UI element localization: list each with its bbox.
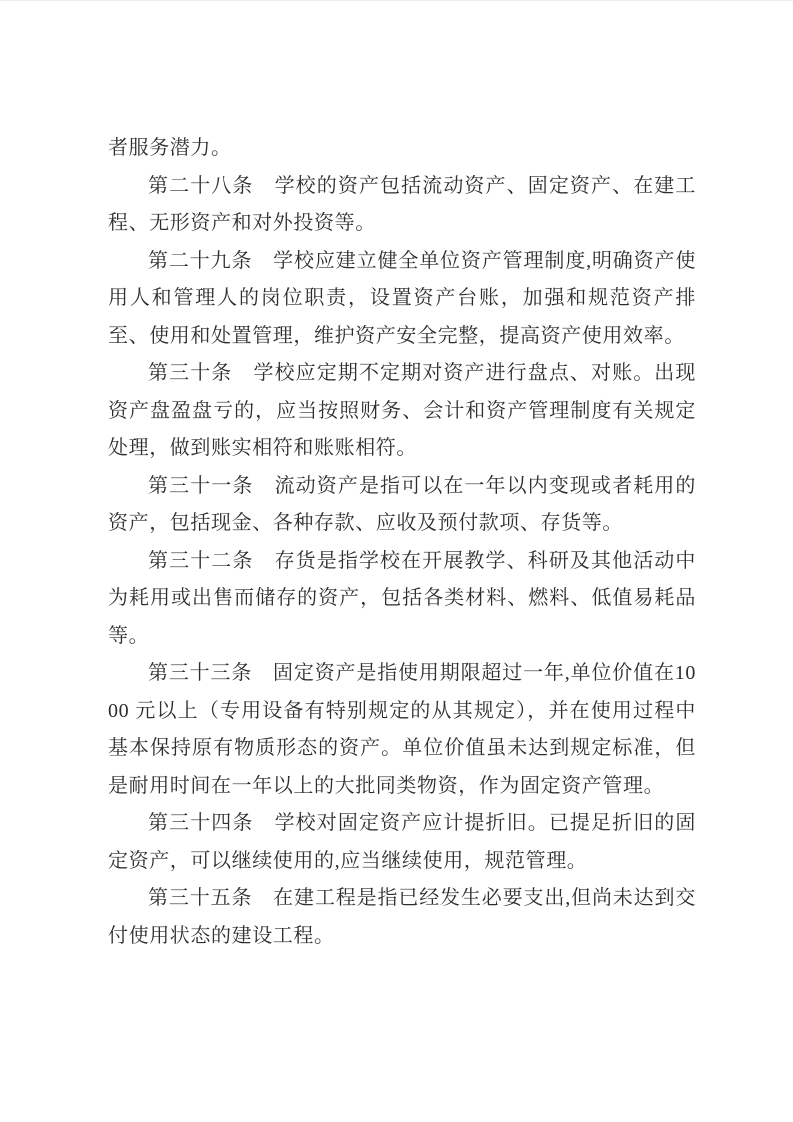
paragraph-article-31: 第三十一条 流动资产是指可以在一年以内变现或者耗用的资产，包括现金、各种存款、应… bbox=[108, 468, 696, 543]
document-body: 者服务潜力。 第二十八条 学校的资产包括流动资产、固定资产、在建工程、无形资产和… bbox=[108, 130, 696, 955]
paragraph-article-29: 第二十九条 学校应建立健全单位资产管理制度,明确资产使用人和管理人的岗位职责，设… bbox=[108, 243, 696, 356]
document-page: 者服务潜力。 第二十八条 学校的资产包括流动资产、固定资产、在建工程、无形资产和… bbox=[0, 0, 793, 1122]
paragraph-continuation: 者服务潜力。 bbox=[108, 130, 696, 168]
paragraph-article-32: 第三十二条 存货是指学校在开展教学、科研及其他活动中为耗用或出售而储存的资产，包… bbox=[108, 543, 696, 656]
paragraph-article-30: 第三十条 学校应定期不定期对资产进行盘点、对账。出现资产盘盈盘亏的，应当按照财务… bbox=[108, 355, 696, 468]
paragraph-article-33: 第三十三条 固定资产是指使用期限超过一年,单位价值在1000 元以上（专用设备有… bbox=[108, 655, 696, 805]
paragraph-article-34: 第三十四条 学校对固定资产应计提折旧。已提足折旧的固定资产，可以继续使用的,应当… bbox=[108, 805, 696, 880]
paragraph-article-35: 第三十五条 在建工程是指已经发生必要支出,但尚未达到交付使用状态的建设工程。 bbox=[108, 880, 696, 955]
paragraph-article-28: 第二十八条 学校的资产包括流动资产、固定资产、在建工程、无形资产和对外投资等。 bbox=[108, 168, 696, 243]
scan-edge-artifact bbox=[0, 0, 793, 1]
